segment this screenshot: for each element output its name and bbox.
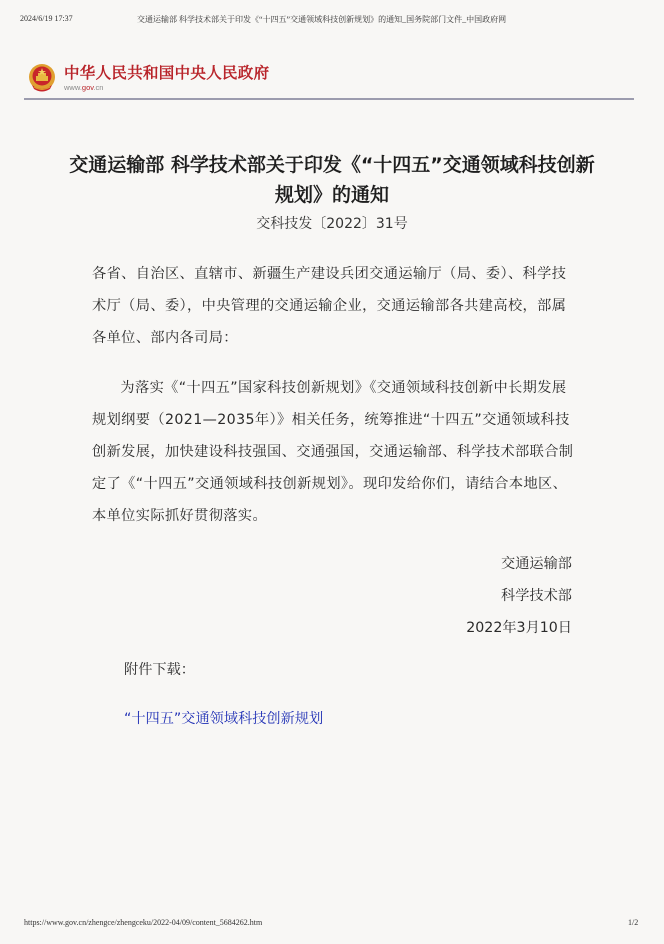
print-page-number: 1/2 [628,918,638,927]
site-url-prefix: www. [64,83,82,92]
print-header: 2024/6/19 17:37 交通运输部 科学技术部关于印发《“十四五”交通领… [0,14,664,28]
site-header[interactable]: 中华人民共和国中央人民政府 www.gov.cn [28,60,269,96]
signature-date: 2022年3月10日 [466,612,572,644]
attachment-download-link[interactable]: “十四五”交通领域科技创新规划 [124,709,323,729]
document-salutation: 各省、自治区、直辖市、新疆生产建设兵团交通运输厅（局、委）、科学技术厅（局、委）… [92,258,574,354]
document-number: 交科技发〔2022〕31号 [60,214,604,234]
national-emblem-icon [28,63,56,93]
site-name: 中华人民共和国中央人民政府 [64,64,269,82]
site-url: www.gov.cn [64,83,269,93]
document-signature-block: 交通运输部 科学技术部 2022年3月10日 [466,548,572,644]
print-datetime: 2024/6/19 17:37 [20,14,73,23]
site-url-suffix: .cn [93,83,103,92]
print-footer-url: https://www.gov.cn/zhengce/zhengceku/202… [24,918,262,927]
print-page-title: 交通运输部 科学技术部关于印发《“十四五”交通领域科技创新规划》的通知_国务院部… [137,14,506,25]
header-divider [24,98,634,100]
document-body: 为落实《“十四五”国家科技创新规划》《交通领域科技创新中长期发展规划纲要（202… [92,372,574,532]
site-url-gov: gov [82,83,94,92]
attachment-label: 附件下载： [124,660,195,680]
signature-ministry-science: 科学技术部 [466,580,572,612]
signature-ministry-transport: 交通运输部 [466,548,572,580]
document-title: 交通运输部 科学技术部关于印发《“十四五”交通领域科技创新规划》的通知 [60,150,604,210]
